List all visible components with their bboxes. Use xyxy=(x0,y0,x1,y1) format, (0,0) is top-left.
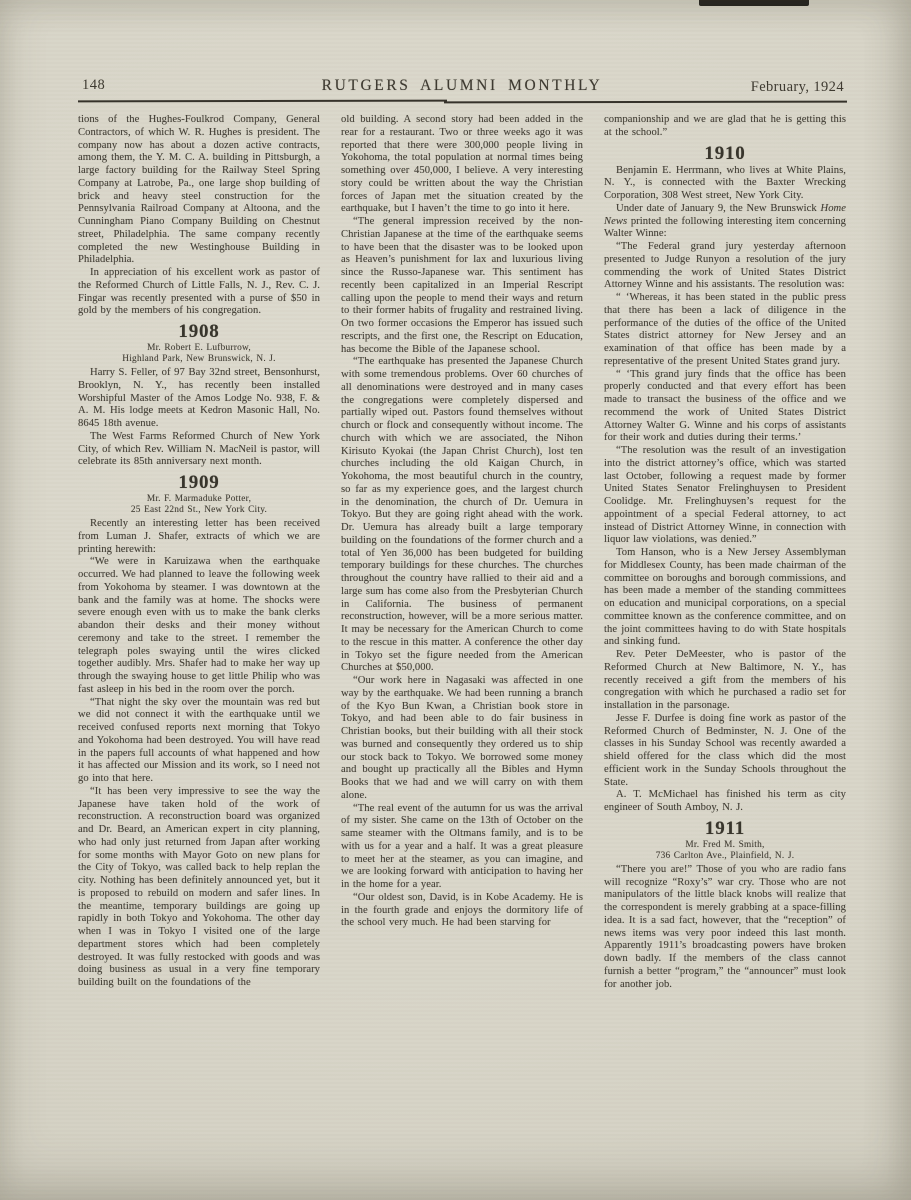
paragraph: Benjamin E. Herrmann, who lives at White… xyxy=(604,165,846,203)
paragraph: “The Federal grand jury yesterday aftern… xyxy=(604,241,846,292)
column-2: old building. A second story had been ad… xyxy=(341,114,583,1180)
class-year-heading: 1909 xyxy=(78,472,320,493)
address-line: 736 Carlton Ave., Plainfield, N. J. xyxy=(604,851,846,862)
paragraph: “It has been very impressive to see the … xyxy=(78,786,320,990)
address-line: Mr. Robert E. Lufburrow, xyxy=(78,343,320,354)
paragraph: Tom Hanson, who is a New Jersey Assembly… xyxy=(604,547,846,649)
paragraph: “The resolution was the result of an inv… xyxy=(604,445,846,547)
header-rule-left-segment xyxy=(78,100,447,103)
paragraph: A. T. McMichael has finished his term as… xyxy=(604,789,846,815)
paragraph: “Our work here in Nagasaki was affected … xyxy=(341,675,583,803)
paragraph: Rev. Peter DeMeester, who is pastor of t… xyxy=(604,649,846,713)
paragraph: old building. A second story had been ad… xyxy=(341,114,583,216)
paragraph: The West Farms Reformed Church of New Yo… xyxy=(78,431,320,469)
paragraph: Jesse F. Durfee is doing fine work as pa… xyxy=(604,713,846,790)
paragraph: “The earthquake has presented the Japane… xyxy=(341,356,583,675)
column-1: tions of the Hughes-Foulkrod Company, Ge… xyxy=(78,114,320,1180)
class-secretary-address: Mr. F. Marmaduke Potter,25 East 22nd St.… xyxy=(78,494,320,516)
address-line: Highland Park, New Brunswick, N. J. xyxy=(78,354,320,365)
address-line: Mr. F. Marmaduke Potter, xyxy=(78,494,320,505)
paragraph: In appreciation of his excellent work as… xyxy=(78,267,320,318)
journal-title: RUTGERS ALUMNI MONTHLY xyxy=(78,77,846,95)
text-columns: tions of the Hughes-Foulkrod Company, Ge… xyxy=(78,114,846,1180)
paragraph: “That night the sky over the mountain wa… xyxy=(78,697,320,786)
scan-artifact-mark xyxy=(699,0,809,6)
address-line: Mr. Fred M. Smith, xyxy=(604,840,846,851)
paragraph: “There you are!” Those of you who are ra… xyxy=(604,864,846,992)
paragraph: “ ‘This grand jury finds that the office… xyxy=(604,369,846,446)
paragraph: companionship and we are glad that he is… xyxy=(604,114,846,140)
paragraph: tions of the Hughes-Foulkrod Company, Ge… xyxy=(78,114,320,267)
class-year-heading: 1911 xyxy=(604,818,846,839)
paragraph: “Our oldest son, David, is in Kobe Acade… xyxy=(341,892,583,930)
italic-publication-name: Home News xyxy=(604,203,846,227)
paragraph: Harry S. Feller, of 97 Bay 32nd street, … xyxy=(78,367,320,431)
paragraph: Under date of January 9, the New Brunswi… xyxy=(604,203,846,241)
paragraph: “We were in Karuizawa when the earthquak… xyxy=(78,556,320,696)
class-year-heading: 1910 xyxy=(604,143,846,164)
header-rule xyxy=(78,99,847,104)
paragraph: “ ‘Whereas, it has been stated in the pu… xyxy=(604,292,846,369)
scanned-page: 148 RUTGERS ALUMNI MONTHLY February, 192… xyxy=(0,0,911,1200)
issue-date: February, 1924 xyxy=(751,79,844,96)
header-rule-right-segment xyxy=(444,101,847,104)
paragraph: Recently an interesting letter has been … xyxy=(78,518,320,556)
class-secretary-address: Mr. Robert E. Lufburrow,Highland Park, N… xyxy=(78,343,320,365)
class-secretary-address: Mr. Fred M. Smith,736 Carlton Ave., Plai… xyxy=(604,840,846,862)
class-year-heading: 1908 xyxy=(78,321,320,342)
page-header: 148 RUTGERS ALUMNI MONTHLY February, 192… xyxy=(78,70,846,98)
paragraph: “The general impression received by the … xyxy=(341,216,583,356)
address-line: 25 East 22nd St., New York City. xyxy=(78,505,320,516)
column-3: companionship and we are glad that he is… xyxy=(604,114,846,1180)
paragraph: “The real event of the autumn for us was… xyxy=(341,803,583,892)
